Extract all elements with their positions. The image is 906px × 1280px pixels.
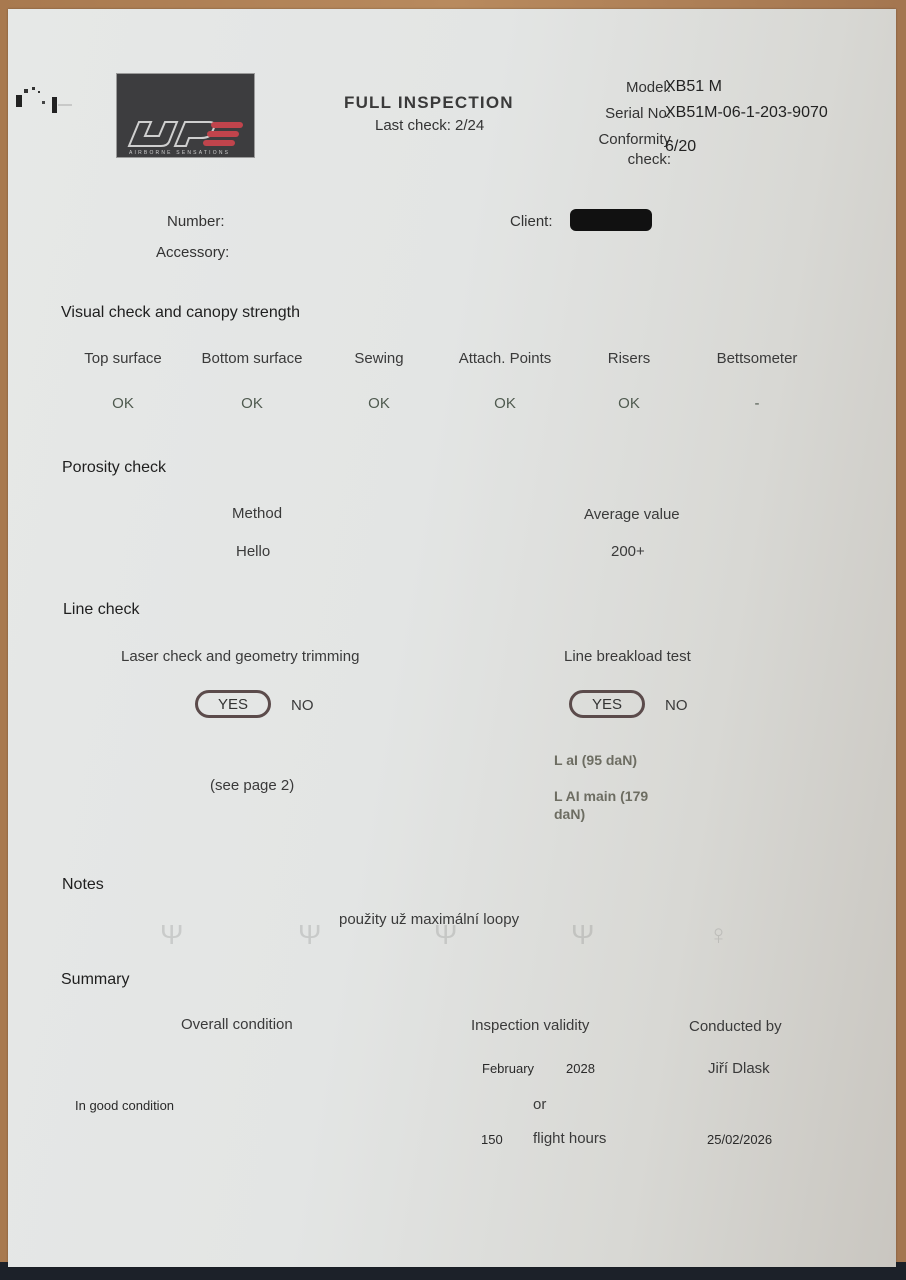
breakload-yes-option[interactable]: YES bbox=[569, 690, 645, 718]
conformity-value: 6/20 bbox=[665, 138, 696, 156]
notes-text: použity už maximální loopy bbox=[339, 911, 519, 928]
inspection-validity-label: Inspection validity bbox=[471, 1017, 589, 1034]
visual-check-column-value: - bbox=[755, 395, 760, 412]
breakload-result-1: L aI (95 daN) bbox=[554, 751, 637, 769]
breakload-no-option[interactable]: NO bbox=[665, 697, 688, 714]
conducted-date: 25/02/2026 bbox=[707, 1132, 772, 1147]
overall-condition-value: In good condition bbox=[75, 1098, 174, 1113]
porosity-method-label: Method bbox=[232, 505, 282, 522]
client-name-redacted bbox=[570, 209, 652, 231]
laser-check-label: Laser check and geometry trimming bbox=[121, 648, 359, 665]
visual-check-column-value: OK bbox=[241, 395, 263, 412]
laser-yes-option[interactable]: YES bbox=[195, 690, 271, 718]
last-check: Last check: 2/24 bbox=[375, 117, 484, 134]
client-label: Client: bbox=[510, 213, 553, 230]
laser-yes-label: YES bbox=[218, 696, 248, 713]
section-summary: Summary bbox=[61, 971, 129, 989]
validity-hours: 150 bbox=[481, 1132, 503, 1147]
conducted-by-label: Conducted by bbox=[689, 1018, 782, 1035]
conducted-name: Jiří Dlask bbox=[708, 1060, 770, 1077]
company-logo: AIRBORNE SENSATIONS bbox=[116, 73, 255, 158]
conformity-label-1: Conformity bbox=[598, 131, 671, 148]
validity-year: 2028 bbox=[566, 1061, 595, 1076]
model-value: XB51 M bbox=[665, 78, 722, 96]
porosity-method-value: Hello bbox=[236, 543, 270, 560]
visual-check-column-label: Top surface bbox=[84, 350, 162, 367]
breakload-result-3: daN) bbox=[554, 805, 585, 823]
bleed-through-icon: Ψ bbox=[160, 919, 183, 951]
overall-condition-label: Overall condition bbox=[181, 1016, 293, 1033]
section-notes: Notes bbox=[62, 876, 104, 894]
bleed-through-icon: ♀ bbox=[708, 919, 729, 951]
number-label: Number: bbox=[167, 213, 225, 230]
porosity-average-value: 200+ bbox=[611, 543, 645, 560]
validity-hours-unit: flight hours bbox=[533, 1130, 606, 1147]
visual-check-column-label: Bottom surface bbox=[202, 350, 303, 367]
validity-or: or bbox=[533, 1096, 546, 1113]
document-title: FULL INSPECTION bbox=[344, 93, 514, 113]
breakload-yes-label: YES bbox=[592, 696, 622, 713]
section-porosity: Porosity check bbox=[62, 459, 166, 477]
accessory-label: Accessory: bbox=[156, 244, 229, 261]
bleed-through-icon: Ψ bbox=[298, 919, 321, 951]
visual-check-column-label: Bettsometer bbox=[717, 350, 798, 367]
validity-month: February bbox=[482, 1061, 534, 1076]
porosity-average-label: Average value bbox=[584, 506, 680, 523]
visual-check-column-label: Sewing bbox=[354, 350, 403, 367]
visual-check-column-label: Risers bbox=[608, 350, 651, 367]
bleed-through-icon: Ψ bbox=[434, 919, 457, 951]
visual-check-column-value: OK bbox=[494, 395, 516, 412]
visual-check-column-value: OK bbox=[112, 395, 134, 412]
visual-check-column-label: Attach. Points bbox=[459, 350, 552, 367]
breakload-label: Line breakload test bbox=[564, 648, 691, 665]
section-visual-check: Visual check and canopy strength bbox=[61, 304, 300, 322]
serial-value: XB51M-06-1-203-9070 bbox=[665, 104, 828, 122]
svg-text:AIRBORNE SENSATIONS: AIRBORNE SENSATIONS bbox=[129, 150, 230, 156]
inspection-sheet: AIRBORNE SENSATIONS FULL INSPECTION Last… bbox=[8, 9, 896, 1267]
visual-check-column-value: OK bbox=[618, 395, 640, 412]
laser-note: (see page 2) bbox=[210, 777, 294, 794]
ink-specks-icon bbox=[12, 81, 72, 121]
laser-no-option[interactable]: NO bbox=[291, 697, 314, 714]
breakload-result-2: L AI main (179 bbox=[554, 787, 648, 805]
up-logo-icon: AIRBORNE SENSATIONS bbox=[117, 74, 254, 157]
section-line-check: Line check bbox=[63, 601, 140, 619]
serial-label: Serial No: bbox=[605, 105, 671, 122]
bleed-through-icon: Ψ bbox=[571, 919, 594, 951]
visual-check-column-value: OK bbox=[368, 395, 390, 412]
